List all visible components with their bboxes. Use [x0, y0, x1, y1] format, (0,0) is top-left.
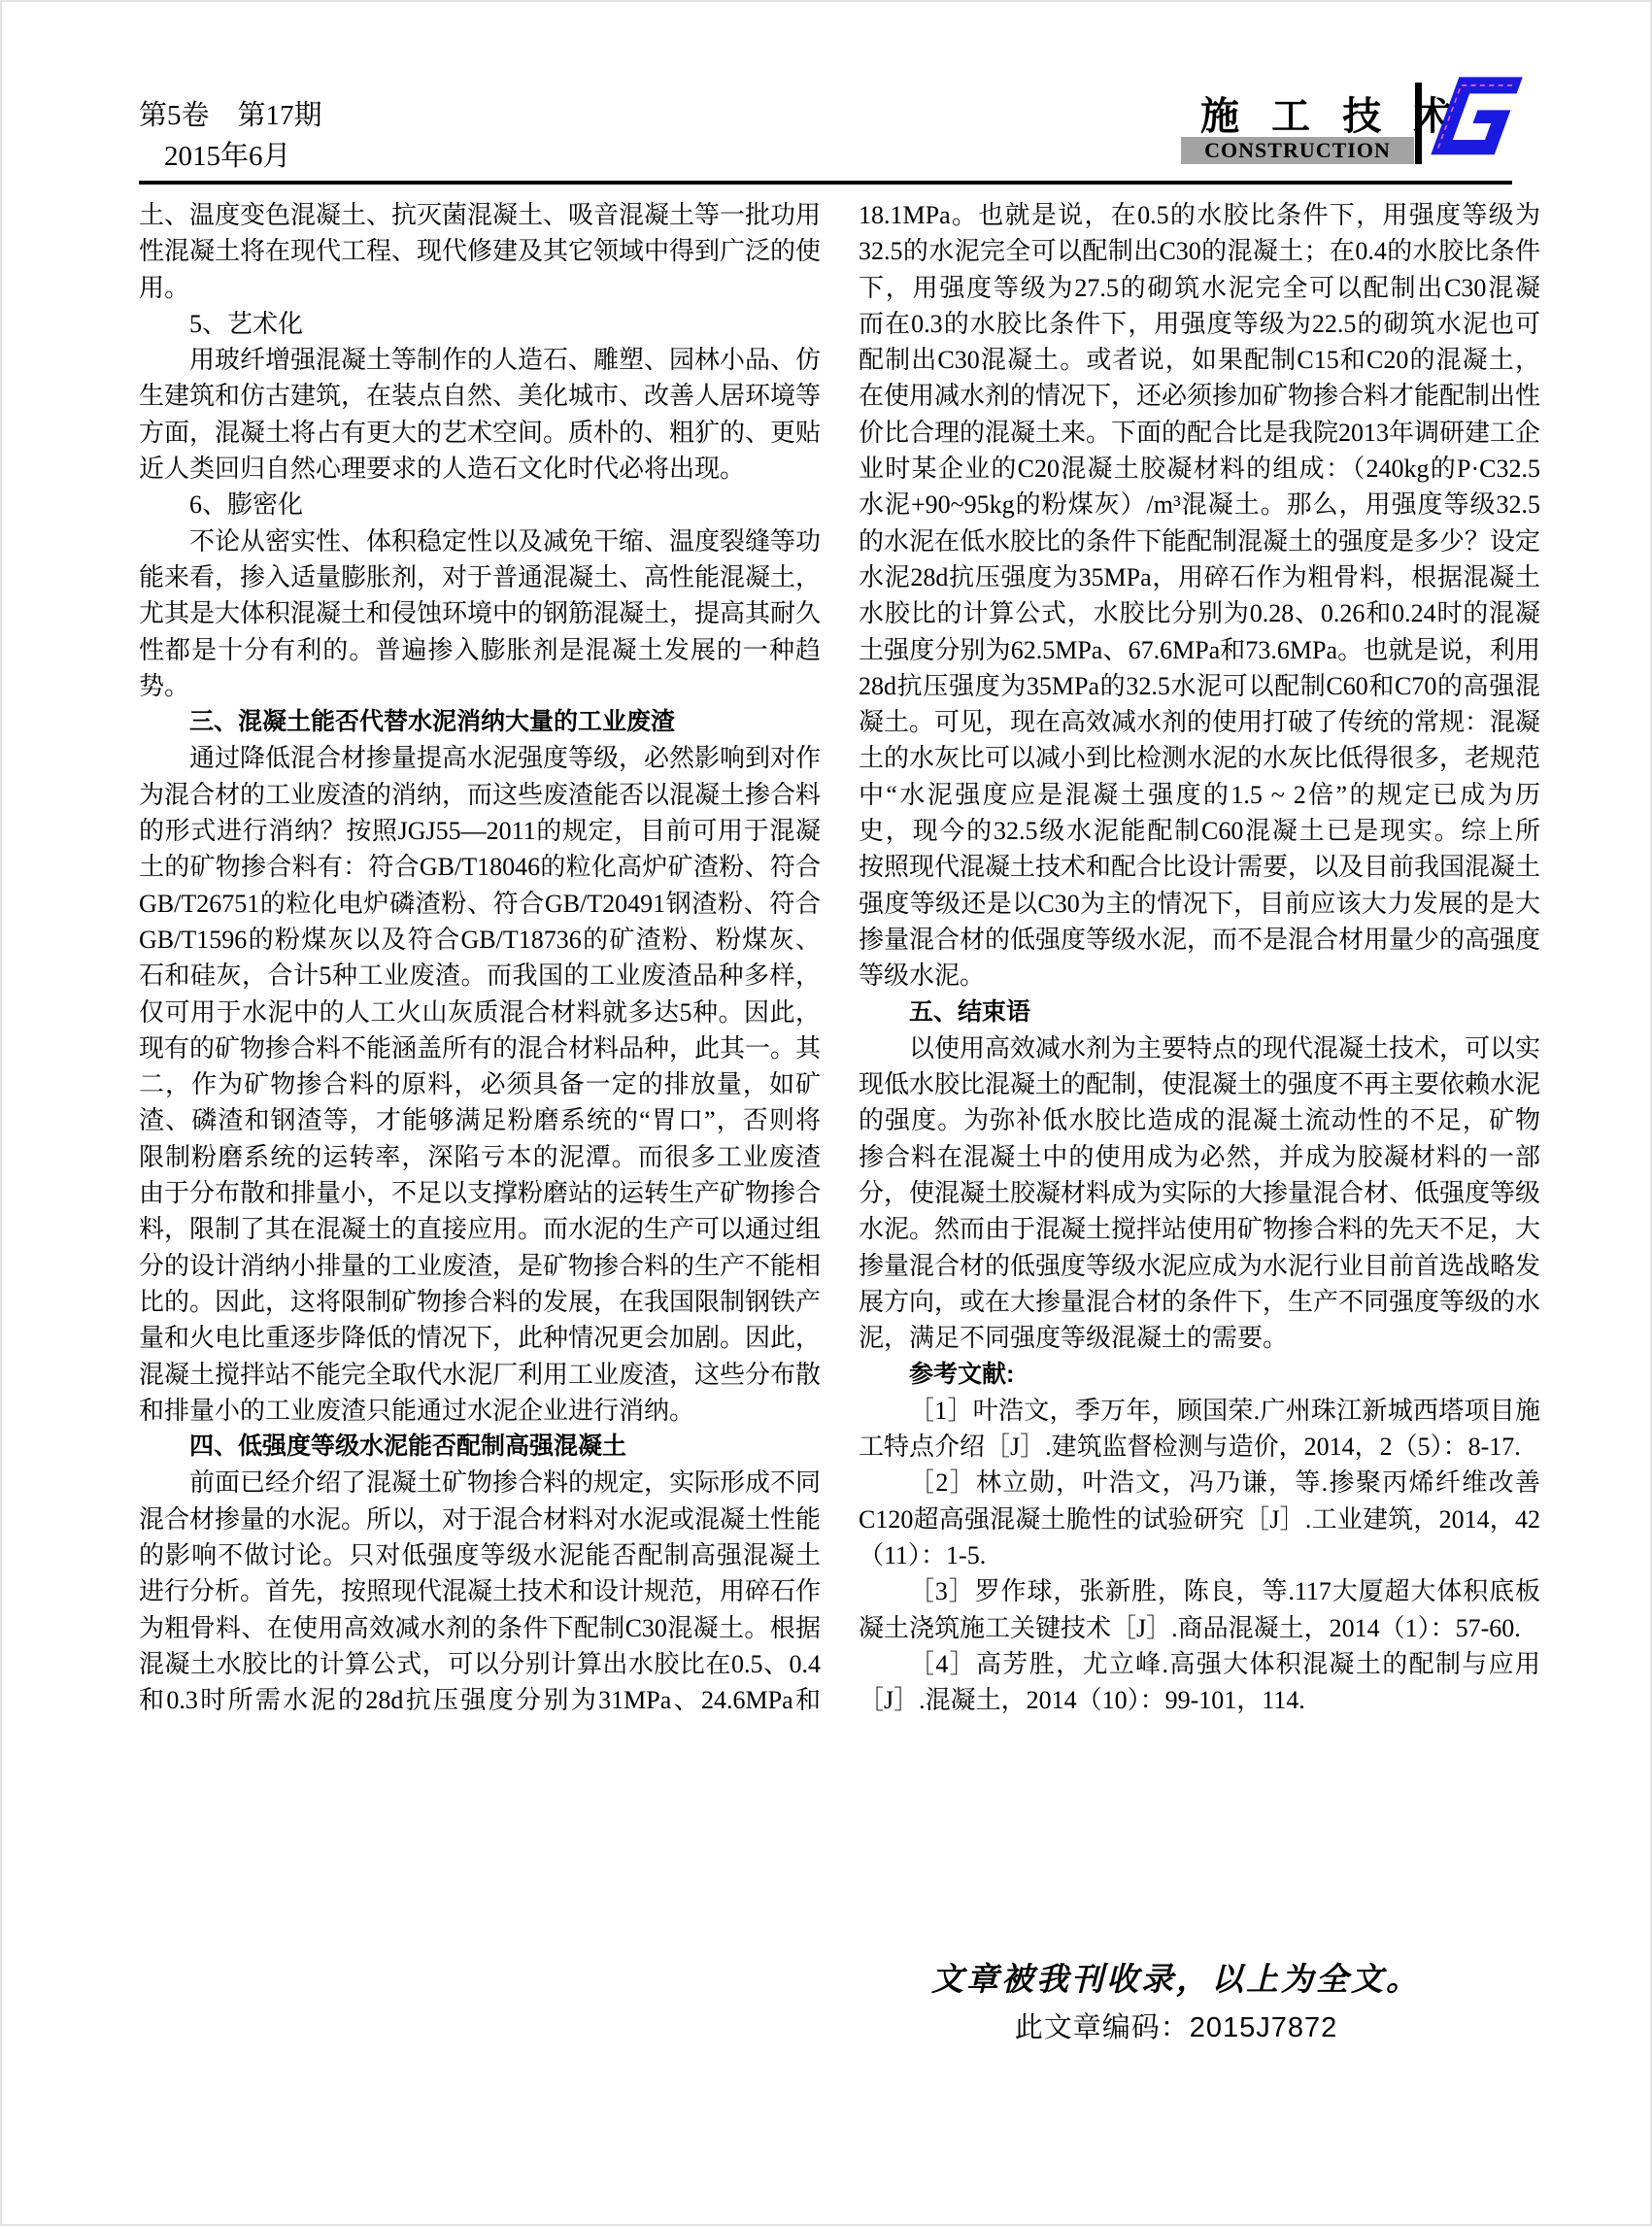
text-line: 等级水泥。 [859, 958, 1540, 994]
text-line: 混凝土水胶比的计算公式，可以分别计算出水胶比在0.5、0.4 [139, 1646, 821, 1682]
text-line: 强度等级还是以C30为主的情况下，目前应该大力发展的是大 [859, 886, 1540, 922]
text-line: GB/T26751的粒化电炉磷渣粉、符合GB/T20491钢渣粉、符合 [139, 886, 821, 922]
volume-issue-label: 第5卷 第17期 [139, 95, 322, 136]
text-line: 用玻纤增强混凝土等制作的人造石、雕塑、园林小品、仿 [139, 342, 821, 378]
text-line: 价比合理的混凝土来。下面的配合比是我院2013年调研建工企 [859, 415, 1540, 451]
text-line: 和0.3时所需水泥的28d抗压强度分别为31MPa、24.6MPa和 [139, 1682, 821, 1718]
text-line: 比的。因此，这将限制矿物掺合料的发展，在我国限制钢铁产 [139, 1284, 821, 1320]
text-line: ［3］罗作球，张新胜，陈良，等.117大厦超大体积底板混 [859, 1573, 1540, 1609]
text-line: 现有的矿物掺合料不能涵盖所有的混合材料品种，此其一。其 [139, 1030, 821, 1066]
text-line: 势。 [139, 668, 821, 704]
text-line: 下，用强度等级为27.5的砌筑水泥完全可以配制出C30混凝土； [859, 270, 1540, 306]
journal-title-cn: 施 工 技 术 [1200, 85, 1463, 141]
text-line: 18.1MPa。也就是说，在0.5的水胶比条件下，用强度等级为 [859, 197, 1540, 233]
text-line: 的形式进行消纳？按照JGJ55—2011的规定，目前可用于混凝 [139, 813, 821, 849]
text-line: ［2］林立勋，叶浩文，冯乃谦，等.掺聚丙烯纤维改善 [859, 1465, 1540, 1501]
text-line: 水泥28d抗压强度为35MPa，用碎石作为粗骨料，根据混凝土 [859, 559, 1540, 595]
text-line: 而在0.3的水胶比条件下，用强度等级为22.5的砌筑水泥也可 [859, 306, 1540, 342]
text-line: 渣、磷渣和钢渣等，才能够满足粉磨系统的“胃口”，否则将 [139, 1102, 821, 1138]
text-line: （11）：1-5. [859, 1537, 1540, 1573]
text-line: 生建筑和仿古建筑，在装点自然、美化城市、改善人居环境等 [139, 378, 821, 414]
text-line: 分的设计消纳小排量的工业废渣，是矿物掺合料的生产不能相 [139, 1248, 821, 1284]
text-line: 量和火电比重逐步降低的情况下，此种情况更会加剧。因此， [139, 1320, 821, 1356]
text-line: 近人类回归自然心理要求的人造石文化时代必将出现。 [139, 451, 821, 487]
text-line: 为粗骨料、在使用高效减水剂的条件下配制C30混凝土。根据 [139, 1610, 821, 1646]
text-line: 的影响不做讨论。只对低强度等级水泥能否配制高强混凝土 [139, 1537, 821, 1573]
text-line: 土强度分别为62.5MPa、67.6MPa和73.6MPa。也就是说，利用 [859, 632, 1540, 668]
text-line: 方面，混凝土将占有更大的艺术空间。质朴的、粗犷的、更贴 [139, 415, 821, 451]
editorial-stamp: 文章被我刊收录，以上为全文。 此文章编码：2015J7872 [931, 1954, 1421, 2045]
text-line: 由于分布散和排量小，不足以支撑粉磨站的运转生产矿物掺合 [139, 1175, 821, 1211]
text-line: 前面已经介绍了混凝土矿物掺合料的规定，实际形成不同 [139, 1465, 821, 1501]
text-line: 28d抗压强度为35MPa的32.5水泥可以配制C60和C70的高强混 [859, 668, 1540, 704]
text-line: 业时某企业的C20混凝土胶凝材料的组成：（240kg的P·C32.5 [859, 451, 1540, 487]
issue-date-label: 2015年6月 [139, 136, 322, 177]
text-line: 中“水泥强度应是混凝土强度的1.5 ~ 2倍”的规定已成为历 [859, 777, 1540, 813]
text-line: 掺量混合材的低强度等级水泥应成为水泥行业目前首选战略发 [859, 1248, 1540, 1284]
text-line: 配制出C30混凝土。或者说，如果配制C15和C20的混凝土， [859, 342, 1540, 378]
text-line: 不论从密实性、体积稳定性以及减免干缩、温度裂缝等功 [139, 523, 821, 559]
text-line: 石和硅灰，合计5种工业废渣。而我国的工业废渣品种多样， [139, 958, 821, 994]
text-line: 工特点介绍［J］.建筑监督检测与造价，2014，2（5）：8-17. [859, 1429, 1540, 1465]
text-line: 以使用高效减水剂为主要特点的现代混凝土技术，可以实 [859, 1030, 1540, 1066]
text-line: 掺合料在混凝土中的使用成为必然，并成为胶凝材料的一部 [859, 1139, 1540, 1175]
text-line: 进行分析。首先，按照现代混凝土技术和设计规范，用碎石作 [139, 1573, 821, 1609]
inclusion-note: 文章被我刊收录，以上为全文。 [931, 1954, 1421, 2000]
text-line: 仅可用于水泥中的人工火山灰质混合材料就多达5种。因此， [139, 995, 821, 1030]
text-line: 和排量小的工业废渣只能通过水泥企业进行消纳。 [139, 1393, 821, 1429]
text-line: 史，现今的32.5级水泥能配制C60混凝土已是现实。综上所述， [859, 813, 1540, 849]
text-line: 6、膨密化 [139, 487, 821, 523]
text-line: 水胶比的计算公式，水胶比分别为0.28、0.26和0.24时的混凝 [859, 595, 1540, 631]
header-rule [139, 181, 1512, 185]
text-line: ［J］.混凝土，2014（10）：99-101，114. [859, 1682, 1540, 1718]
text-line: 的强度。为弥补低水胶比造成的混凝土流动性的不足，矿物 [859, 1102, 1540, 1138]
text-line: 在使用减水剂的情况下，还必须掺加矿物掺合料才能配制出性 [859, 378, 1540, 414]
text-line: 混凝土搅拌站不能完全取代水泥厂利用工业废渣，这些分布散 [139, 1357, 821, 1393]
article-column-left: 土、温度变色混凝土、抗灭菌混凝土、吸音混凝土等一批功用性混凝土将在现代工程、现代… [139, 197, 821, 1718]
text-line: 展方向，或在大掺量混合材的条件下，生产不同强度等级的水 [859, 1284, 1540, 1320]
section-heading: 四、低强度等级水泥能否配制高强混凝土 [139, 1429, 821, 1465]
section-heading: 五、结束语 [859, 995, 1540, 1030]
text-line: 尤其是大体积混凝土和侵蚀环境中的钢筋混凝土，提高其耐久 [139, 595, 821, 631]
text-line: GB/T1596的粉煤灰以及符合GB/T18736的矿渣粉、粉煤灰、沸 [139, 922, 821, 958]
text-line: 按照现代混凝土技术和配合比设计需要，以及目前我国混凝土 [859, 849, 1540, 885]
text-line: 水泥。然而由于混凝土搅拌站使用矿物掺合料的先天不足，大 [859, 1211, 1540, 1247]
issue-info: 第5卷 第17期 2015年6月 [139, 95, 322, 177]
text-line: 分，使混凝土胶凝材料成为实际的大掺量混合材、低强度等级 [859, 1175, 1540, 1211]
section-heading: 参考文献: [859, 1357, 1540, 1393]
text-line: 为混合材的工业废渣的消纳，而这些废渣能否以混凝土掺合料 [139, 777, 821, 813]
text-line: 的水泥在低水胶比的条件下能配制混凝土的强度是多少？设定 [859, 523, 1540, 559]
journal-logo-g-icon [1430, 74, 1525, 161]
text-line: 用。 [139, 270, 821, 306]
journal-title-en: CONSTRUCTION [1181, 137, 1414, 164]
text-line: 性都是十分有利的。普遍掺入膨胀剂是混凝土发展的一种趋 [139, 632, 821, 668]
article-column-right: 18.1MPa。也就是说，在0.5的水胶比条件下，用强度等级为32.5的水泥完全… [859, 197, 1540, 1718]
text-line: ［4］高芳胜，尤立峰.高强大体积混凝土的配制与应用 [859, 1646, 1540, 1682]
text-line: 5、艺术化 [139, 306, 821, 342]
text-line: 凝土浇筑施工关键技术［J］.商品混凝土，2014（1）：57-60. [859, 1610, 1540, 1646]
text-line: 水泥+90~95kg的粉煤灰）/m³混凝土。那么，用强度等级32.5 [859, 487, 1540, 523]
text-line: 土的水灰比可以减小到比检测水泥的水灰比低得很多，老规范 [859, 740, 1540, 776]
text-line: 泥，满足不同强度等级混凝土的需要。 [859, 1320, 1540, 1356]
text-line: 混合材掺量的水泥。所以，对于混合材料对水泥或混凝土性能 [139, 1501, 821, 1537]
text-line: 土、温度变色混凝土、抗灭菌混凝土、吸音混凝土等一批功用 [139, 197, 821, 233]
journal-page: { "header": { "volume_issue": "第5卷 第17期"… [0, 0, 1652, 2226]
masthead-divider [1415, 83, 1422, 164]
text-line: 限制粉磨系统的运转率，深陷亏本的泥潭。而很多工业废渣 [139, 1139, 821, 1175]
text-line: ［1］叶浩文，季万年，顾国荣.广州珠江新城西塔项目施 [859, 1393, 1540, 1429]
text-line: 性混凝土将在现代工程、现代修建及其它领域中得到广泛的使 [139, 233, 821, 269]
text-line: 通过降低混合材掺量提高水泥强度等级，必然影响到对作 [139, 740, 821, 776]
text-line: 32.5的水泥完全可以配制出C30的混凝土；在0.4的水胶比条件 [859, 233, 1540, 269]
text-line: C120超高强混凝土脆性的试验研究［J］.工业建筑，2014，42 [859, 1501, 1540, 1537]
article-code: 此文章编码：2015J7872 [931, 2006, 1421, 2045]
text-line: 二，作为矿物掺合料的原料，必须具备一定的排放量，如矿 [139, 1066, 821, 1102]
text-line: 能来看，掺入适量膨胀剂，对于普通混凝土、高性能混凝土， [139, 559, 821, 595]
text-line: 凝土。可见，现在高效减水剂的使用打破了传统的常规：混凝 [859, 704, 1540, 740]
text-line: 现低水胶比混凝土的配制，使混凝土的强度不再主要依赖水泥 [859, 1066, 1540, 1102]
section-heading: 三、混凝土能否代替水泥消纳大量的工业废渣 [139, 704, 821, 740]
text-line: 掺量混合材的低强度等级水泥，而不是混合材用量少的高强度 [859, 922, 1540, 958]
text-line: 土的矿物掺合料有：符合GB/T18046的粒化高炉矿渣粉、符合 [139, 849, 821, 885]
text-line: 料，限制了其在混凝土的直接应用。而水泥的生产可以通过组 [139, 1211, 821, 1247]
